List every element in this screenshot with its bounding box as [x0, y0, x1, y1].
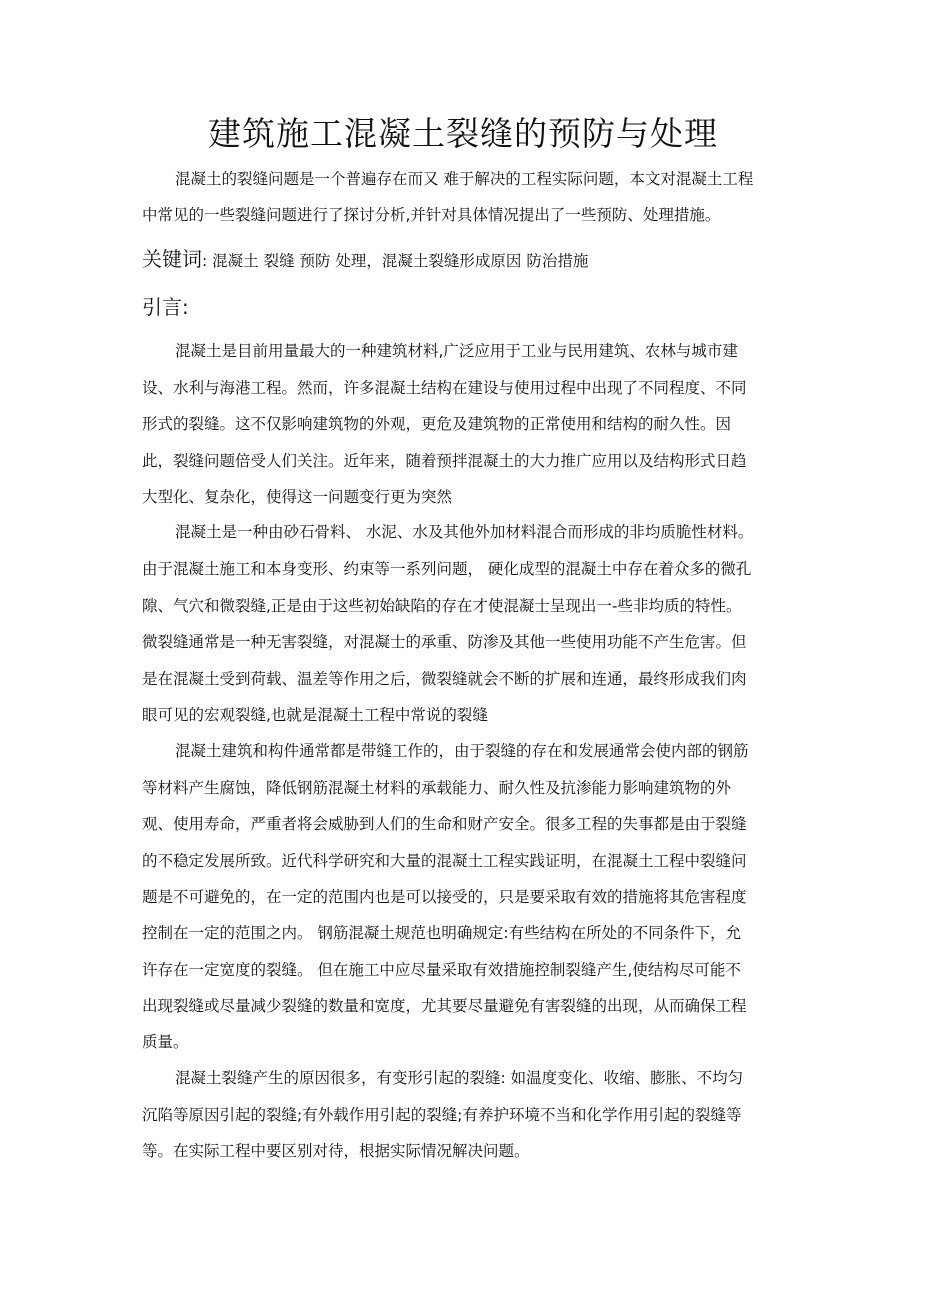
paragraph-line: 眼可见的宏观裂缝,也就是混凝土工程中常说的裂缝: [142, 704, 488, 726]
paragraph-line: 此，裂缝问题倍受人们关注。近年来，随着预拌混凝土的大力推广应用以及结构形式日趋: [142, 450, 747, 472]
abstract-line: 混凝土的裂缝问题是一个普遍存在而又 难于解决的工程实际问题，本文对混凝土工程: [175, 168, 753, 190]
keywords-label: 关键词: [142, 247, 202, 271]
document-page: 建筑施工混凝土裂缝的预防与处理 混凝土的裂缝问题是一个普遍存在而又 难于解决的工…: [0, 0, 926, 1309]
paragraph-line: 控制在一定的范围之内。 钢筋混凝土规范也明确规定:有些结构在所处的不同条件下，允: [142, 922, 741, 944]
paragraph-line: 是在混凝土受到荷载、温差等作用之后，微裂缝就会不断的扩展和连通，最终形成我们肉: [142, 668, 747, 690]
keywords-text: : 混凝土 裂缝 预防 处理，混凝土裂缝形成原因 防治措施: [202, 252, 588, 270]
paragraph-line: 微裂缝通常是一种无害裂缝，对混凝士的承重、防渗及其他一些使用功能不产生危害。但: [142, 631, 747, 653]
keywords: 关键词: 混凝土 裂缝 预防 处理，混凝土裂缝形成原因 防治措施: [142, 246, 588, 274]
paragraph-line: 沉陷等原因引起的裂缝;有外载作用引起的裂缝;有养护环境不当和化学作用引起的裂缝等: [142, 1104, 741, 1126]
section-heading-intro: 引言:: [142, 294, 189, 320]
paragraph-line: 质量。: [142, 1031, 189, 1053]
paragraph-line: 等材料产生腐蚀，降低钢筋混凝土材料的承载能力、耐久性及抗渗能力影响建筑物的外: [142, 777, 731, 799]
paragraph-line: 混凝土裂缝产生的原因很多，有变形引起的裂缝: 如温度变化、收缩、膨胀、不均匀: [175, 1067, 743, 1089]
document-title: 建筑施工混凝土裂缝的预防与处理: [0, 112, 926, 156]
paragraph-line: 许存在一定宽度的裂缝。 但在施工中应尽量采取有效措施控制裂缝产生,使结构尽可能不: [142, 959, 741, 981]
paragraph-line: 观、使用寿命，严重者将会威胁到人们的生命和财产安全。很多工程的失事都是由于裂缝: [142, 813, 747, 835]
paragraph-line: 题是不可避免的，在一定的范围内也是可以接受的，只是要采取有效的措施将其危害程度: [142, 886, 747, 908]
paragraph-line: 的不稳定发展所致。近代科学研究和大量的混凝土工程实践证明，在混凝土工程中裂缝问: [142, 850, 747, 872]
paragraph-line: 混凝土是一种由砂石骨料、 水泥、水及其他外加材料混合而形成的非均质脆性材料。: [175, 521, 753, 543]
paragraph-line: 出现裂缝或尽量减少裂缝的数量和宽度，尤其要尽量避免有害裂缝的出现，从而确保工程: [142, 995, 747, 1017]
paragraph-line: 混凝土建筑和构件通常都是带缝工作的，由于裂缝的存在和发展通常会使内部的钢筋: [175, 740, 749, 762]
paragraph-line: 由于混凝土施工和本身变形、约束等一系列问题， 硬化成型的混凝土中存在着众多的微孔: [142, 558, 751, 580]
abstract-line: 中常见的一些裂缝问题进行了探讨分析,并针对具体情况提出了一些预防、处理措施。: [142, 204, 720, 226]
paragraph-line: 隙、气穴和微裂缝,正是由于这些初始缺陷的存在才使混凝士呈现出一-些非均质的特性。: [142, 595, 742, 617]
paragraph-line: 设、水利与海港工程。然而，许多混凝土结构在建设与使用过程中出现了不同程度、不同: [142, 377, 747, 399]
paragraph-line: 混凝土是目前用量最大的一种建筑材料,广泛应用于工业与民用建筑、农林与城市建: [175, 340, 738, 362]
paragraph-line: 等。在实际工程中要区别对待，根据实际情况解决问题。: [142, 1140, 530, 1162]
paragraph-line: 形式的裂缝。这不仅影响建筑物的外观，更危及建筑物的正常使用和结构的耐久性。因: [142, 413, 731, 435]
paragraph-line: 大型化、复杂化，使得这一问题变行更为突然: [142, 486, 452, 508]
